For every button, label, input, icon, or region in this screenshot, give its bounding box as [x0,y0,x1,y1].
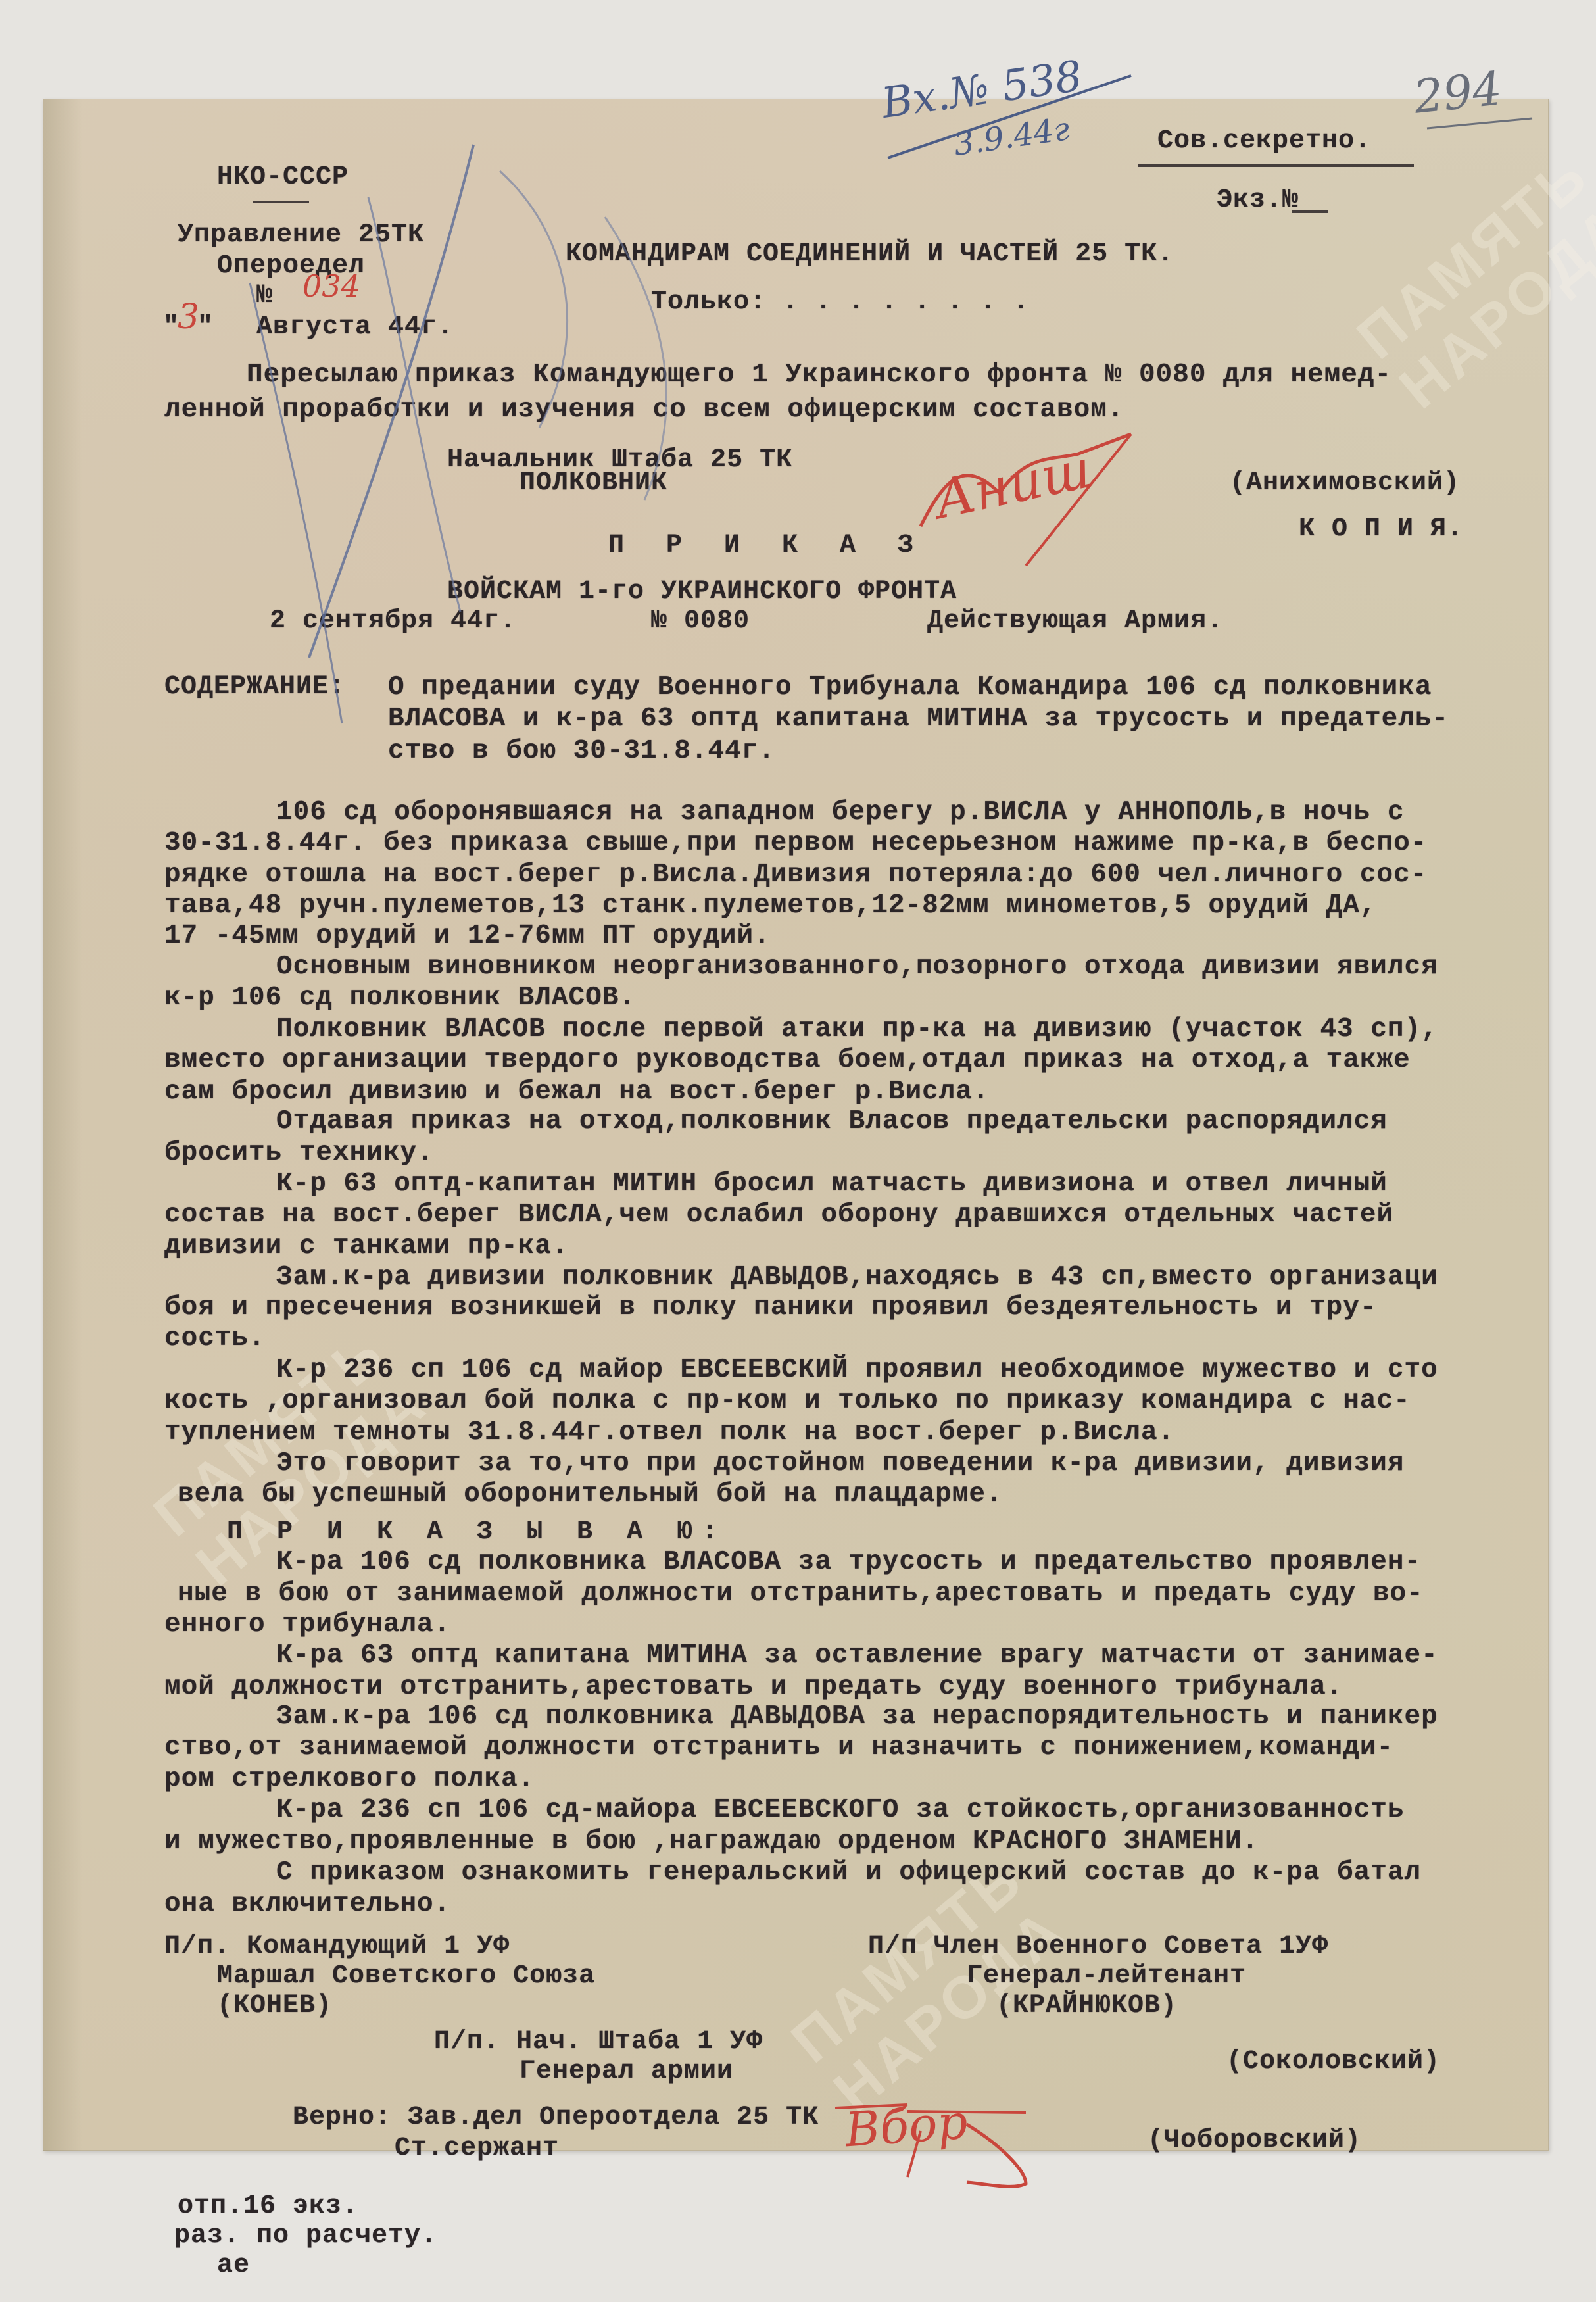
order-place: Действующая Армия. [927,608,1223,635]
decree-line: она включительно. [164,1891,450,1918]
body-line: сость. [164,1325,266,1352]
content-line: ВЛАСОВА и к-ра 63 оптд капитана МИТИНА з… [388,706,1449,733]
order-date: 2 сентября 44г. [270,608,516,635]
org-underline [253,201,309,203]
right-signer-rank: Генерал-лейтенант [967,1963,1246,1990]
body-line: Отдавая приказ на отход,полковник Власов… [276,1108,1388,1135]
classification-underline [1138,164,1414,167]
content-label: СОДЕРЖАНИЕ: [164,674,345,700]
copy-number-label: Экз.№ [1217,187,1299,214]
decree-title: П Р И К А З Ы В А Ю: [227,1519,727,1546]
body-line: Полковник ВЛАСОВ после первой атаки пр-к… [276,1016,1438,1043]
decree-line: К-ра 106 сд полковника ВЛАСОВА за трусос… [276,1549,1421,1576]
mid-signer-rank: Генерал армии [520,2059,733,2085]
body-line: 17 -45мм орудий и 12-76мм ПТ орудий. [164,923,771,950]
body-line: вместо организации твердого руководства … [164,1047,1411,1074]
left-signer-rank: Маршал Советского Союза [217,1963,595,1990]
body-line: рядке отошла на вост.берег р.Висла.Дивиз… [164,862,1427,889]
left-signer-title: П/п. Командующий 1 УФ [164,1934,510,1960]
header-date: Августа 44г. [256,314,454,341]
decree-line: Зам.к-ра 106 сд полковника ДАВЫДОВА за н… [276,1703,1438,1730]
dept-line-1: Управление 25ТК [178,222,424,249]
body-line: 30-31.8.44г. без приказа свыше,при перво… [164,830,1427,857]
body-line: К-р 236 сп 106 сд майор ЕВСЕЕВСКИЙ прояв… [276,1357,1438,1384]
copy-mark: К О П И Я. [1299,516,1463,543]
page-number: 294 [1411,61,1504,124]
cover-note-line-2: ленной проработки и изучения со всем офи… [164,397,1124,424]
body-line: Это говорит за то,что при достойном пове… [276,1450,1404,1477]
decree-line: С приказом ознакомить генеральский и офи… [276,1859,1421,1886]
decree-line: ром стрелкового полка. [164,1766,535,1793]
body-line: К-р 63 оптд-капитан МИТИН бросил матчаст… [276,1171,1388,1198]
paper-edge [43,99,82,2151]
decree-line: ные в бою от занимаемой должности отстра… [178,1580,1424,1607]
body-line: 106 сд оборонявшаяся на западном берегу … [276,799,1404,826]
cover-signer-name: (Анихимовский) [1230,470,1460,497]
body-line: вела бы успешный оборонительный бой на п… [178,1481,1003,1508]
cover-signer-rank: ПОЛКОВНИК [520,470,667,497]
number-prefix: № [256,283,273,309]
org-name: НКО-СССР [217,164,349,191]
mid-signer-name: (Соколовский) [1226,2049,1440,2075]
handwritten-day: 3 [178,297,199,337]
body-line: туплением темноты 31.8.44г.отвел полк на… [164,1419,1174,1446]
right-signer-name: (КРАЙНЮКОВ) [996,1993,1177,2019]
cover-note-line-1: Пересылаю приказ Командующего 1 Украинск… [247,362,1391,389]
mid-signer-title: П/п. Нач. Штаба 1 УФ [434,2029,763,2055]
content-line: О предании суду Военного Трибунала Коман… [388,674,1432,701]
order-number: № 0080 [651,608,750,635]
content-line: ство в бою 30-31.8.44г. [388,738,775,765]
right-signer-title: П/п Член Военного Совета 1УФ [868,1934,1328,1960]
decree-line: ство,от занимаемой должности отстранить … [164,1734,1393,1761]
decree-line: мой должности отстранить,арестовать и пр… [164,1674,1343,1701]
body-line: бросить технику. [164,1140,434,1167]
footer-copies: отп.16 экз. [178,2193,358,2220]
footer-initials: ае [217,2253,250,2279]
verify-title: Верно: Зав.дел Опероотдела 25 ТК [293,2105,819,2131]
decree-line: К-ра 236 сп 106 сд-майора ЕВСЕЕВСКОГО за… [276,1797,1404,1824]
decree-line: К-ра 63 оптд капитана МИТИНА за оставлен… [276,1642,1438,1669]
addressee: КОМАНДИРАМ СОЕДИНЕНИЙ И ЧАСТЕЙ 25 ТК. [566,241,1174,268]
body-line: к-р 106 сд полковник ВЛАСОВ. [164,985,636,1012]
copy-number-blank [1292,210,1328,213]
decree-line: и мужество,проявленные в бою ,награждаю … [164,1828,1259,1855]
verify-signature: Вбор [843,2094,969,2158]
verify-name: (Чоборовский) [1148,2128,1361,2154]
order-subtitle: ВОЙСКАМ 1-го УКРАИНСКОГО ФРОНТА [447,579,957,605]
verify-rank: Ст.сержант [395,2136,559,2162]
body-line: тава,48 ручн.пулеметов,13 станк.пулемето… [164,893,1377,919]
body-line: Зам.к-ра дивизии полковник ДАВЫДОВ,наход… [276,1264,1438,1291]
only-for-line: Только: . . . . . . . . [651,289,1029,316]
body-line: дивизии с танками пр-ка. [164,1233,569,1260]
order-title: П Р И К А З [608,533,927,559]
classification-stamp: Сов.секретно. [1157,128,1371,155]
body-line: кость ,организовал бой полка с пр-ком и … [164,1388,1411,1415]
decree-line: енного трибунала. [164,1611,450,1638]
left-signer-name: (КОНЕВ) [217,1993,332,2019]
handwritten-number: 034 [302,268,360,304]
body-line: сам бросил дивизию и бежал на вост.берег… [164,1079,990,1106]
body-line: боя и пресечения возникшей в полку паник… [164,1294,1377,1321]
body-line: Основным виновником неорганизованного,по… [276,954,1438,981]
footer-distribution: раз. по расчету. [174,2223,437,2249]
body-line: состав на вост.берег ВИСЛА,чем ослабил о… [164,1202,1393,1229]
